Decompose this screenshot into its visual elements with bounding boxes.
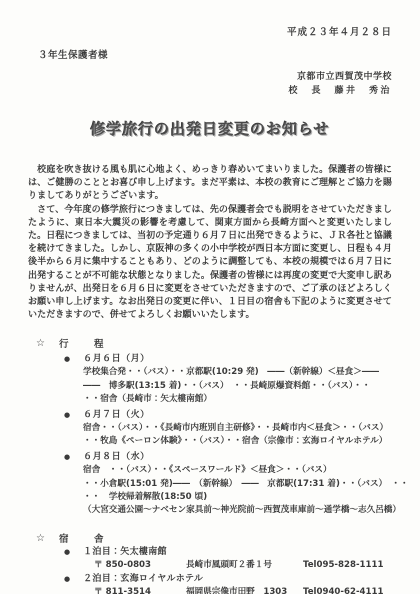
day-date: ６月６日（月） — [83, 353, 150, 366]
itinerary-line: 学校集合発・・（バス）・・京都駅(10:29 発) ――（新幹線）＜昼食＞―― — [83, 366, 392, 379]
itinerary-line: ・・牧島《ペーロン体験》・・（バス）・・宿舎（宗像市：玄海ロイヤルホテル） — [83, 435, 392, 448]
postal-code: 〒 811-3514 — [94, 586, 186, 594]
postal-code: 〒 850-0803 — [94, 559, 186, 572]
itinerary-day-1: ● ６月６日（月） 学校集合発・・（バス）・・京都駅(10:29 発) ――（新… — [28, 353, 392, 406]
bullet-icon: ● — [64, 409, 70, 422]
bullet-icon: ● — [64, 546, 70, 559]
address: 福岡県宗像市田野 1303 — [186, 586, 303, 594]
day-lines: 宿舎・・（バス）・・《長崎市内班別自主研修》・・長崎市内＜昼食＞・・（バス） ・… — [83, 422, 392, 448]
bullet-icon: ● — [64, 451, 70, 464]
page-title: 修学旅行の出発日変更のお知らせ — [28, 118, 392, 139]
greeting-paragraph: 校庭を吹き抜ける風も肌に心地よく、めっきり春めいてまいりました。保護者の皆様には… — [28, 164, 392, 204]
lodging-name: １泊目：矢太樓南館 — [83, 546, 167, 559]
lodging-item-2: ● ２泊目：玄海ロイヤルホテル 〒 811-3514 福岡県宗像市田野 1303… — [28, 573, 392, 594]
lodging-name: ２泊目：玄海ロイヤルホテル — [83, 573, 203, 586]
lodging-detail-row: 〒 811-3514 福岡県宗像市田野 1303 Tel0940-62-4111 — [94, 586, 392, 594]
day-header: ● ６月８日（水） — [64, 451, 392, 464]
itinerary-line: 宿舎 ・・（バス）・・《スペースワールド》＜昼食＞・・（バス） — [83, 464, 392, 477]
document-date: 平成２３年４月２８日 — [28, 0, 392, 38]
itinerary-line: ・・宿舎（長崎市：矢太樓南館） — [83, 393, 392, 406]
day-lines: 宿舎 ・・（バス）・・《スペースワールド》＜昼食＞・・（バス） ・・小倉駅(15… — [83, 464, 392, 517]
lodging-item-1: ● １泊目：矢太樓南館 〒 850-0803 長崎市風頭町２番１号 Tel095… — [28, 546, 392, 572]
bullet-icon: ● — [64, 353, 70, 366]
lodging-detail-row: 〒 850-0803 長崎市風頭町２番１号 Tel095-828-1111 — [94, 559, 392, 572]
principal-name: 校 長 藤井 秀治 — [28, 84, 392, 98]
day-date: ６月８日（水） — [83, 451, 150, 464]
address: 長崎市風頭町２番１号 — [186, 559, 303, 572]
star-icon: ☆ — [36, 533, 45, 544]
itinerary-line: 宿舎・・（バス）・・《長崎市内班別自主研修》・・長崎市内＜昼食＞・・（バス） — [83, 422, 392, 435]
day-header: ● ６月７日（火） — [64, 409, 392, 422]
lodging-section-heading: ☆ 宿 舎 — [36, 531, 392, 545]
lodging-heading-label: 宿 舎 — [59, 531, 112, 545]
school-name: 京都市立西賀茂中学校 — [28, 71, 392, 84]
day-header: ● ６月６日（月） — [64, 353, 392, 366]
bullet-icon: ● — [64, 573, 70, 586]
itinerary-section-heading: ☆ 行 程 — [36, 336, 392, 350]
star-icon: ☆ — [36, 338, 45, 349]
lodging-label-row: ● １泊目：矢太樓南館 — [64, 546, 392, 559]
itinerary-line: ・・小倉駅(15:01 発)―― （新幹線） ―― 京都駅(17:31 着)・・… — [83, 478, 392, 491]
recipient-line: ３年生保護者様 — [38, 47, 392, 61]
lodging-label-row: ● ２泊目：玄海ロイヤルホテル — [64, 573, 392, 586]
day-lines: 学校集合発・・（バス）・・京都駅(10:29 発) ――（新幹線）＜昼食＞―― … — [83, 366, 392, 406]
telephone: Tel095-828-1111 — [303, 559, 383, 572]
itinerary-line: ―― 博多駅(13:15 着)・・（バス） ・・長崎原爆資料館・・（バス）・・ — [83, 380, 392, 393]
main-paragraph: さて、今年度の修学旅行につきましては、先の保護者会でも説明をさせていただきました… — [28, 204, 392, 323]
itinerary-line: ・・ 学校帰着解散(18:50 頃) — [83, 491, 392, 504]
day-date: ６月７日（火） — [83, 409, 150, 422]
itinerary-day-2: ● ６月７日（火） 宿舎・・（バス）・・《長崎市内班別自主研修》・・長崎市内＜昼… — [28, 409, 392, 448]
telephone: Tel0940-62-4111 — [303, 586, 383, 594]
itinerary-heading-label: 行 程 — [59, 336, 112, 350]
itinerary-day-3: ● ６月８日（水） 宿舎 ・・（バス）・・《スペースワールド》＜昼食＞・・（バス… — [28, 451, 392, 517]
itinerary-line: （大宮交通公園～ナベセン家具前～神光院前～西賀茂車庫前～通学橋～志久呂橋） — [83, 504, 392, 517]
document-page: 平成２３年４月２８日 ３年生保護者様 京都市立西賀茂中学校 校 長 藤井 秀治 … — [0, 0, 420, 594]
